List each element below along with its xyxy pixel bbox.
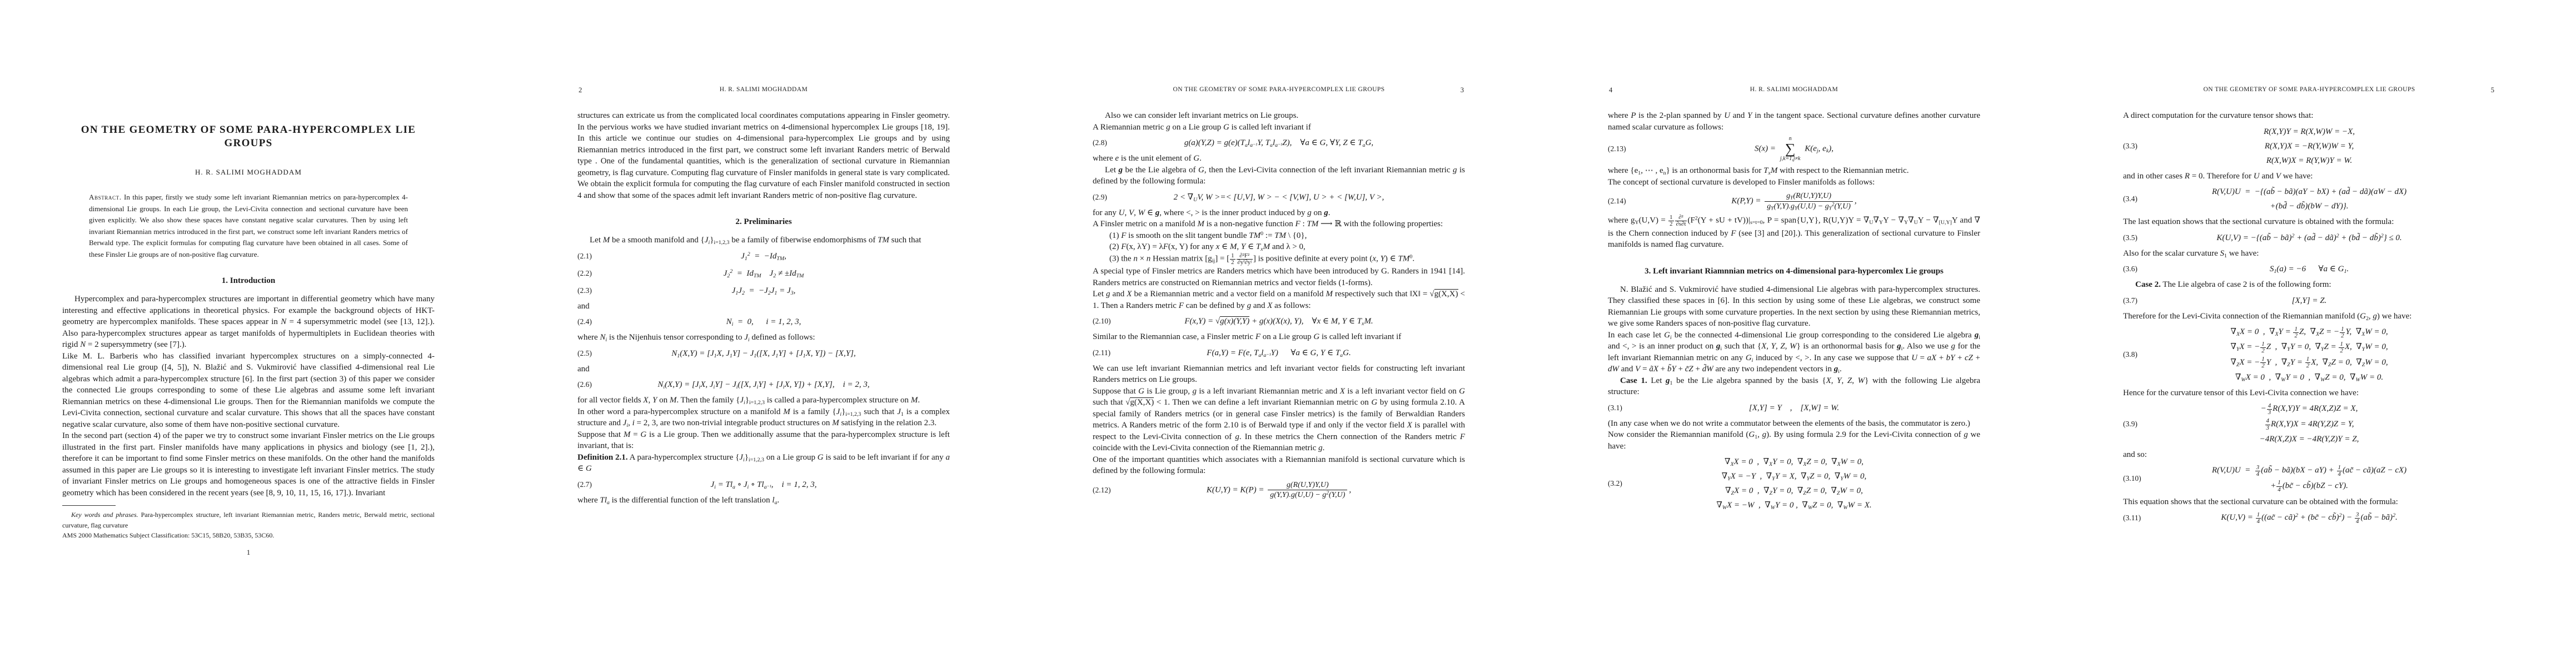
equation-line: ∇YX = −Y , ∇YY = X, ∇YZ = 0, ∇YW = 0, — [1608, 469, 1980, 484]
equation-number: (2.12) — [1093, 486, 1111, 495]
paragraph: where P is the 2-plan spanned by U and Y… — [1608, 110, 1980, 133]
equation-line: +14(bc̃ − cb̃)(bZ − cY). — [2123, 479, 2495, 494]
fraction: 14 — [2337, 465, 2342, 478]
paragraph: Also we can consider left invariant metr… — [1093, 110, 1465, 122]
paragraph: Also for the scalar curvature S1 we have… — [2123, 248, 2495, 260]
equation-number: (2.3) — [577, 286, 592, 295]
equation-line: K(U,V) = 14((ac̃ − cã)2 + (bc̃ − cb̃)2) … — [2123, 510, 2495, 525]
equation: (2.7)Ji = Tla ∘ Ji ∘ Tla⁻¹, i = 1, 2, 3, — [577, 477, 950, 492]
page-number-bottom: 1 — [62, 548, 435, 557]
fraction: 14 — [2256, 512, 2261, 525]
paragraph: where e is the unit element of G. — [1093, 153, 1465, 165]
equation-body: [X,Y] = Y , [X,W] = W. — [1608, 401, 1980, 415]
equation-body: N1(X,Y) = [J1X, J1Y] − J1([X, J1Y] + [J1… — [577, 346, 950, 361]
paragraph: Hypercomplex and para-hypercomplex struc… — [62, 293, 435, 351]
paragraph: (In any case when we do not write a comm… — [1608, 418, 1980, 430]
paragraph: Hence for the curvature tensor of this L… — [2123, 387, 2495, 399]
paragraph: One of the important quantities which as… — [1093, 454, 1465, 477]
paragraph: This equation shows that the sectional c… — [2123, 496, 2495, 508]
equation-body: 2 < ∇UV, W >=< [U,V], W > − < [V,W], U >… — [1093, 190, 1465, 205]
page-5: ON THE GEOMETRY OF SOME PARA-HYPERCOMPLE… — [2061, 0, 2576, 667]
fraction: 12 — [1668, 215, 1673, 228]
fraction: gY(R(U,Y)Y,U)gY(Y,Y).gY(U,U) − gY2(Y,U) — [1765, 191, 1853, 211]
equation-number: (2.1) — [577, 252, 592, 261]
equation-line: Ni(X,Y) = [JiX, JiY] − Ji([X, JiY] + [Ji… — [577, 377, 950, 392]
section-heading: 3. Left invariant Riamnnian metrics on 4… — [1608, 265, 1980, 277]
equation-line: R(X,W)X = R(Y,W)Y = W. — [2123, 153, 2495, 168]
equation-line: +(bd̃ − db̃)(bW − dY)}. — [2123, 199, 2495, 213]
sqrt: √g(X,X) — [1125, 397, 1154, 407]
equation-number: (3.8) — [2123, 350, 2137, 359]
equation: (2.9)2 < ∇UV, W >=< [U,V], W > − < [V,W]… — [1093, 190, 1465, 205]
paragraph: The last equation shows that the section… — [2123, 216, 2495, 228]
paragraph: and — [577, 301, 950, 312]
equation-line: g(a)(Y,Z) = g(e)(Tala⁻¹Y, Tala⁻¹Z), ∀a ∈… — [1093, 136, 1465, 150]
equation-number: (2.7) — [577, 480, 592, 489]
equation: (2.6)Ni(X,Y) = [JiX, JiY] − Ji([X, JiY] … — [577, 377, 950, 392]
equation-number: (2.9) — [1093, 193, 1107, 202]
equation-line: R(V,U)U = 34(ab̃ − bã)(bX − aY) + 14(ac̃… — [2123, 463, 2495, 478]
fraction: 43 — [2267, 403, 2272, 416]
page-3: ON THE GEOMETRY OF SOME PARA-HYPERCOMPLE… — [1030, 0, 1546, 667]
paragraph: where gY(U,V) = 12∂²∂s∂t(F2(Y + sU + tV)… — [1608, 215, 1980, 251]
running-header: ON THE GEOMETRY OF SOME PARA-HYPERCOMPLE… — [2123, 86, 2495, 93]
equation-line: Ni = 0, i = 1, 2, 3, — [577, 315, 950, 329]
running-header: ON THE GEOMETRY OF SOME PARA-HYPERCOMPLE… — [1093, 86, 1465, 93]
equation-number: (2.2) — [577, 269, 592, 278]
paragraph: structures can extricate us from the com… — [577, 110, 950, 201]
fraktur-g: g — [1155, 208, 1160, 217]
equation-line: K(P,Y) = gY(R(U,Y)Y,U)gY(Y,Y).gY(U,U) − … — [1608, 191, 1980, 212]
equation-number: (3.2) — [1608, 479, 1622, 488]
equation-body: [X,Y] = Z. — [2123, 293, 2495, 308]
equation: (3.7)[X,Y] = Z. — [2123, 293, 2495, 308]
equation-number: (2.8) — [1093, 138, 1107, 147]
list-item: (3) the n × n Hessian matrix [gij] = [12… — [1093, 253, 1465, 266]
equation-body: F(a,Y) = F(e, Tala⁻¹Y) ∀a ∈ G, Y ∈ TaG. — [1093, 346, 1465, 360]
equation-line: S1(a) = −6 ∀a ∈ G1. — [2123, 262, 2495, 276]
paragraph: A direct computation for the curvature t… — [2123, 110, 2495, 122]
equation-body: R(X,Y)Y = R(X,W)W = −X,R(X,Y)X = −R(Y,W)… — [2123, 125, 2495, 168]
equation-body: K(P,Y) = gY(R(U,Y)Y,U)gY(Y,Y).gY(U,U) − … — [1608, 191, 1980, 212]
equation-line: J1J2 = −J2J1 = J3, — [577, 283, 950, 298]
equation-number: (2.6) — [577, 380, 592, 389]
equation-number: (2.10) — [1093, 317, 1111, 326]
equation: (3.5)K(U,V) = −{(ab̃ − bã)2 + (ad̃ − dã)… — [2123, 231, 2495, 245]
running-title: H. R. SALIMI MOGHADDAM — [1608, 86, 1980, 93]
section-heading: 2. Preliminaries — [577, 216, 950, 228]
equation: (2.13)S(x) = n∑j,k=1,j≠k K(ej, ek), — [1608, 136, 1980, 162]
equation-number: (2.13) — [1608, 145, 1626, 153]
paragraph: Definition 2.1. A para-hypercomplex stru… — [577, 452, 950, 475]
equation-line: F(a,Y) = F(e, Tala⁻¹Y) ∀a ∈ G, Y ∈ TaG. — [1093, 346, 1465, 360]
fraction: 12 — [2305, 356, 2310, 370]
equation-body: J1J2 = −J2J1 = J3, — [577, 283, 950, 298]
page-4: 4H. R. SALIMI MOGHADDAMwhere P is the 2-… — [1546, 0, 2061, 667]
header-page-number: 2 — [579, 86, 582, 94]
paragraph: Let g be the Lie algebra of G, then the … — [1093, 165, 1465, 187]
equation-line: Ji = Tla ∘ Ji ∘ Tla⁻¹, i = 1, 2, 3, — [577, 477, 950, 492]
paragraph: N. Blažić and S. Vukmirović have studied… — [1608, 284, 1980, 330]
equation-number: (2.14) — [1608, 197, 1626, 206]
equation-line: [X,Y] = Z. — [2123, 293, 2495, 308]
property-list: (1) F is smooth on the slit tangent bund… — [1093, 230, 1465, 266]
running-header: 2H. R. SALIMI MOGHADDAM — [577, 86, 950, 93]
equation-body: ∇XX = 0 , ∇XY = 12Z, ∇XZ = −12Y, ∇XW = 0… — [2123, 325, 2495, 385]
equation-number: (3.3) — [2123, 142, 2137, 151]
header-page-number: 5 — [2491, 86, 2494, 94]
equation-line: R(X,Y)Y = R(X,W)W = −X, — [2123, 125, 2495, 139]
fraktur-g: g — [1897, 342, 1901, 351]
equation-body: Ji = Tla ∘ Ji ∘ Tla⁻¹, i = 1, 2, 3, — [577, 477, 950, 492]
fraction: 34 — [2255, 465, 2260, 478]
equation: (2.5)N1(X,Y) = [J1X, J1Y] − J1([X, J1Y] … — [577, 346, 950, 361]
paragraph: where {e1, ⋯ , en} is an orthonormal bas… — [1608, 165, 1980, 177]
fraktur-g: g — [1666, 376, 1670, 385]
equation-number: (2.4) — [577, 317, 592, 326]
equation-body: S1(a) = −6 ∀a ∈ G1. — [2123, 262, 2495, 276]
paragraph: A Riemannian metric g on a Lie group G i… — [1093, 122, 1465, 133]
equation-line: −43R(X,Y)Y = 4R(X,Z)Z = X, — [2123, 401, 2495, 416]
section-heading: 1. Introduction — [62, 275, 435, 287]
equation-number: (3.10) — [2123, 474, 2141, 483]
paragraph: Similar to the Riemannian case, a Finsle… — [1093, 331, 1465, 343]
equation: (2.8)g(a)(Y,Z) = g(e)(Tala⁻¹Y, Tala⁻¹Z),… — [1093, 136, 1465, 150]
equation-body: K(U,Y) = K(P) = g(R(U,Y)Y,U)g(Y,Y).g(U,U… — [1093, 480, 1465, 501]
equation-line: J22 = IdTM J2 ≠ ±IdTM — [577, 266, 950, 281]
list-item: (2) F(x, λY) = λF(x, Y) for any x ∈ M, Y… — [1093, 241, 1465, 253]
paragraph: In the second part (section 4) of the pa… — [62, 430, 435, 499]
page-2: 2H. R. SALIMI MOGHADDAMstructures can ex… — [515, 0, 1030, 667]
equation-line: −4R(X,Z)X = −4R(Y,Z)Y = Z, — [2123, 432, 2495, 446]
header-page-number: 3 — [1461, 86, 1464, 94]
equation-number: (2.11) — [1093, 349, 1110, 357]
paragraph: for all vector fields X, Y on M. Then th… — [577, 395, 950, 406]
fraction: 12 — [2260, 341, 2265, 355]
equation-number: (3.11) — [2123, 514, 2141, 522]
paragraph: Case 2. The Lie algebra of case 2 is of … — [2123, 279, 2495, 291]
equation-number: (3.5) — [2123, 233, 2137, 242]
paragraph: Now consider the Riemannian manifold (G1… — [1608, 429, 1980, 452]
paragraph: A special type of Finsler metrics are Ra… — [1093, 266, 1465, 288]
equation: (3.4)R(V,U)U = −{(ab̃ − bã)(aY − bX) + (… — [2123, 185, 2495, 213]
footnote-line: AMS 2000 Mathematics Subject Classificat… — [62, 530, 435, 541]
equation-body: J12 = −IdTM, — [577, 249, 950, 263]
equation: (2.14)K(P,Y) = gY(R(U,Y)Y,U)gY(Y,Y).gY(U… — [1608, 191, 1980, 212]
fraction: 12 — [2340, 326, 2345, 340]
paragraph: and — [577, 364, 950, 375]
equation-body: R(V,U)U = 34(ab̃ − bã)(bX − aY) + 14(ac̃… — [2123, 463, 2495, 494]
paragraph: and in other cases R = 0. Therefore for … — [2123, 171, 2495, 182]
paragraph: The concept of sectional curvature is de… — [1608, 177, 1980, 188]
equation: (2.3)J1J2 = −J2J1 = J3, — [577, 283, 950, 298]
paragraph: for any U, V, W ∈ g, where <, > is the i… — [1093, 207, 1465, 219]
equation-line: N1(X,Y) = [J1X, J1Y] − J1([X, J1Y] + [J1… — [577, 346, 950, 361]
equation: (2.1)J12 = −IdTM, — [577, 249, 950, 263]
fraction: g(R(U,Y)Y,U)g(Y,Y).g(U,U) − g2(Y,U) — [1268, 480, 1347, 500]
equation-line: F(x,Y) = √g(x)(Y,Y) + g(x)(X(x), Y), ∀x … — [1093, 314, 1465, 328]
equation-line: 43R(X,Y)X = 4R(Y,Z)Z = Y, — [2123, 417, 2495, 432]
equation-body: S(x) = n∑j,k=1,j≠k K(ej, ek), — [1608, 136, 1980, 162]
equation-body: K(U,V) = −{(ab̃ − bã)2 + (ad̃ − dã)2 + (… — [2123, 231, 2495, 245]
text-block: Also we can consider left invariant metr… — [1093, 110, 1465, 504]
equation: (3.1)[X,Y] = Y , [X,W] = W. — [1608, 401, 1980, 415]
equation: (2.12)K(U,Y) = K(P) = g(R(U,Y)Y,U)g(Y,Y)… — [1093, 480, 1465, 501]
equation-number: (3.1) — [1608, 404, 1622, 412]
fraktur-g: g — [1324, 208, 1328, 217]
equation: (2.4)Ni = 0, i = 1, 2, 3, — [577, 315, 950, 329]
equation-line: S(x) = n∑j,k=1,j≠k K(ej, ek), — [1608, 136, 1980, 162]
fraction: 14 — [2276, 480, 2281, 493]
equation: (2.2)J22 = IdTM J2 ≠ ±IdTM — [577, 266, 950, 281]
equation-body: −43R(X,Y)Y = 4R(X,Z)Z = X,43R(X,Y)X = 4R… — [2123, 401, 2495, 446]
paragraph: Therefore for the Levi-Civita connection… — [2123, 311, 2495, 322]
equation-body: R(V,U)U = −{(ab̃ − bã)(aY − bX) + (ad̃ −… — [2123, 185, 2495, 213]
running-title: ON THE GEOMETRY OF SOME PARA-HYPERCOMPLE… — [2123, 86, 2495, 93]
footnote-line: Key words and phrases. Para-hypercomplex… — [62, 510, 435, 530]
equation: (3.2)∇XX = 0 , ∇XY = 0, ∇XZ = 0, ∇XW = 0… — [1608, 455, 1980, 512]
equation-number: (3.6) — [2123, 265, 2137, 273]
text-block: A direct computation for the curvature t… — [2123, 110, 2495, 529]
equation-line: ∇ZX = 0 , ∇ZY = 0, ∇ZZ = 0, ∇ZW = 0, — [1608, 484, 1980, 498]
document-canvas: arXiv:1305.2855v1 [math.DG] 1 May 2013 O… — [0, 0, 2576, 667]
fraction: 34 — [2355, 512, 2360, 525]
equation-line: [X,Y] = Y , [X,W] = W. — [1608, 401, 1980, 415]
abstract: Abstract. In this paper, firstly we stud… — [89, 192, 408, 260]
page-1: ON THE GEOMETRY OF SOME PARA-HYPERCOMPLE… — [0, 0, 515, 667]
paragraph: Like M. L. Barberis who has classified i… — [62, 351, 435, 431]
fraction: 12 — [2260, 356, 2265, 370]
running-header: 4H. R. SALIMI MOGHADDAM — [1608, 86, 1980, 93]
fraction: 43 — [2265, 418, 2270, 431]
fraction: 12 — [2339, 341, 2344, 355]
equation-body: F(x,Y) = √g(x)(Y,Y) + g(x)(X(x), Y), ∀x … — [1093, 314, 1465, 328]
equation: (2.10)F(x,Y) = √g(x)(Y,Y) + g(x)(X(x), Y… — [1093, 314, 1465, 328]
paragraph: Let g and X be a Riemannian metric and a… — [1093, 288, 1465, 311]
equation-line: K(U,Y) = K(P) = g(R(U,Y)Y,U)g(Y,Y).g(U,U… — [1093, 480, 1465, 501]
sqrt: √g(X,X) — [1429, 289, 1458, 298]
running-title: H. R. SALIMI MOGHADDAM — [577, 86, 950, 93]
sqrt: √g(x)(Y,Y) — [1215, 316, 1249, 326]
paragraph: Let M be a smooth manifold and {Ji}i=1,2… — [577, 235, 950, 246]
paragraph: and so: — [2123, 449, 2495, 461]
equation-line: ∇ZX = −12Y , ∇ZY = 12X, ∇ZZ = 0, ∇ZW = 0… — [2123, 355, 2495, 370]
equation-body: K(U,V) = 14((ac̃ − cã)2 + (bc̃ − cb̃)2) … — [2123, 510, 2495, 525]
equation-number: (2.5) — [577, 349, 592, 358]
equation-line: 2 < ∇UV, W >=< [U,V], W > − < [V,W], U >… — [1093, 190, 1465, 205]
author-name: H. R. SALIMI MOGHADDAM — [62, 168, 435, 177]
fraction: ∂²∂s∂t — [1675, 215, 1687, 228]
paragraph: where Ni is the Nijenhuis tensor corresp… — [577, 332, 950, 344]
equation-body: J22 = IdTM J2 ≠ ±IdTM — [577, 266, 950, 281]
equation: (3.8)∇XX = 0 , ∇XY = 12Z, ∇XZ = −12Y, ∇X… — [2123, 325, 2495, 385]
equation-body: Ni(X,Y) = [JiX, JiY] − Ji([X, JiY] + [Ji… — [577, 377, 950, 392]
equation-line: R(V,U)U = −{(ab̃ − bã)(aY − bX) + (ad̃ −… — [2123, 185, 2495, 199]
abstract-label: Abstract. — [89, 193, 122, 201]
paragraph: Suppose that M = G is a Lie group. Then … — [577, 429, 950, 452]
equation: (3.3)R(X,Y)Y = R(X,W)W = −X,R(X,Y)X = −R… — [2123, 125, 2495, 168]
footnote-rule — [62, 505, 116, 506]
paragraph: Case 1. Let g1 be the Lie algebra spanne… — [1608, 375, 1980, 398]
equation-body: g(a)(Y,Z) = g(e)(Tala⁻¹Y, Tala⁻¹Z), ∀a ∈… — [1093, 136, 1465, 150]
equation-body: Ni = 0, i = 1, 2, 3, — [577, 315, 950, 329]
fraktur-g: g — [1118, 166, 1123, 175]
equation-line: ∇YX = −12Z , ∇YY = 0, ∇YZ = 12X, ∇YW = 0… — [2123, 340, 2495, 355]
paragraph: where Tla is the differential function o… — [577, 495, 950, 506]
running-title: ON THE GEOMETRY OF SOME PARA-HYPERCOMPLE… — [1093, 86, 1465, 93]
paper-title: ON THE GEOMETRY OF SOME PARA-HYPERCOMPLE… — [62, 123, 435, 150]
equation-body: ∇XX = 0 , ∇XY = 0, ∇XZ = 0, ∇XW = 0,∇YX … — [1608, 455, 1980, 512]
fraction: 12 — [1230, 253, 1235, 266]
equation-number: (3.4) — [2123, 195, 2137, 203]
equation-line: ∇XX = 0 , ∇XY = 0, ∇XZ = 0, ∇XW = 0, — [1608, 455, 1980, 469]
text-block: structures can extricate us from the com… — [577, 110, 950, 506]
paragraph: In each case let Gi be the connected 4-d… — [1608, 330, 1980, 375]
equation-line: R(X,Y)X = −R(Y,W)W = Y, — [2123, 139, 2495, 153]
footnote: Key words and phrases. Para-hypercomplex… — [62, 510, 435, 541]
equation-line: ∇WX = 0 , ∇WY = 0 , ∇WZ = 0, ∇WW = 0. — [2123, 370, 2495, 385]
equation: (2.11)F(a,Y) = F(e, Tala⁻¹Y) ∀a ∈ G, Y ∈… — [1093, 346, 1465, 360]
paragraph: Suppose that G is Lie group, g is a left… — [1093, 386, 1465, 454]
equation: (3.10)R(V,U)U = 34(ab̃ − bã)(bX − aY) + … — [2123, 463, 2495, 494]
equation: (3.6)S1(a) = −6 ∀a ∈ G1. — [2123, 262, 2495, 276]
equation-line: ∇XX = 0 , ∇XY = 12Z, ∇XZ = −12Y, ∇XW = 0… — [2123, 325, 2495, 340]
paragraph: A Finsler metric on a manifold M is a no… — [1093, 218, 1465, 230]
text-block: where P is the 2-plan spanned by U and Y… — [1608, 110, 1980, 515]
paragraph: We can use left invariant Riemannian met… — [1093, 363, 1465, 386]
paragraph: In other word a para-hypercomplex struct… — [577, 406, 950, 429]
header-page-number: 4 — [1609, 86, 1612, 94]
equation-line: ∇WX = −W , ∇WY = 0 , ∇WZ = 0, ∇WW = X. — [1608, 498, 1980, 512]
fraction: ∂²F²∂yⁱ∂yʲ — [1237, 253, 1253, 266]
list-item: (1) F is smooth on the slit tangent bund… — [1093, 230, 1465, 242]
equation-number: (3.9) — [2123, 420, 2137, 429]
text-block: ON THE GEOMETRY OF SOME PARA-HYPERCOMPLE… — [62, 123, 435, 557]
equation: (3.9)−43R(X,Y)Y = 4R(X,Z)Z = X,43R(X,Y)X… — [2123, 401, 2495, 446]
equation-line: J12 = −IdTM, — [577, 249, 950, 263]
sum-symbol: n∑j,k=1,j≠k — [1780, 136, 1801, 162]
fraction: 12 — [2293, 326, 2298, 340]
equation-number: (3.7) — [2123, 296, 2137, 305]
equation-line: K(U,V) = −{(ab̃ − bã)2 + (ad̃ − dã)2 + (… — [2123, 231, 2495, 245]
equation: (3.11)K(U,V) = 14((ac̃ − cã)2 + (bc̃ − c… — [2123, 510, 2495, 525]
